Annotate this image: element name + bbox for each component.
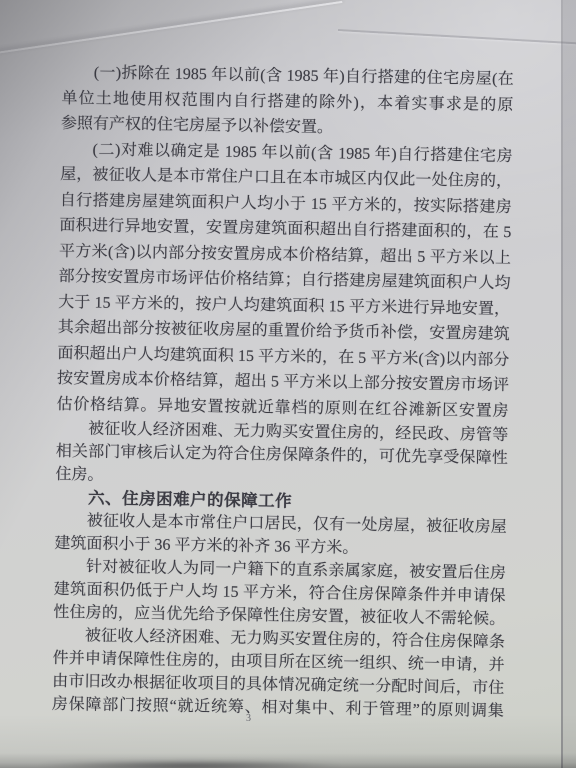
document-body: (一)拆除在 1985 年以前(含 1985 年)自行搭建的住宅房屋(在单位土地… bbox=[52, 60, 514, 723]
paragraph: 针对被征收人为同一户籍下的直系亲属家庭，被安置后住房建筑面积仍低于户人均 15 … bbox=[53, 555, 506, 631]
paper-edge-strip bbox=[563, 0, 576, 768]
paper-edge-line bbox=[561, 0, 563, 768]
paragraph: (一)拆除在 1985 年以前(含 1985 年)自行搭建的住宅房屋(在单位土地… bbox=[61, 60, 514, 144]
document-page: (一)拆除在 1985 年以前(含 1985 年)自行搭建的住宅房屋(在单位土地… bbox=[0, 0, 576, 768]
paper-crease-right bbox=[338, 29, 576, 44]
paragraph: 被征收人经济困难、无力购买安置住房的，经民政、房管等相关部门审核后认定为符合住房… bbox=[55, 417, 508, 493]
paragraph: (二)对难以确定是 1985 年以前(含 1985 年)自行搭建住宅房屋，被征收… bbox=[56, 136, 512, 424]
paragraph: 被征收人是本市常住户口居民，仅有一处房屋，被征收房屋建筑面积小于 36 平方米的… bbox=[54, 509, 507, 562]
photo-background: (一)拆除在 1985 年以前(含 1985 年)自行搭建的住宅房屋(在单位土地… bbox=[0, 0, 576, 768]
paper-crease-left bbox=[0, 1, 342, 54]
paragraph: 被征收人经济困难、无力购买安置住房的，符合住房保障条件并申请保障性住房的，由项目… bbox=[52, 624, 505, 723]
page-number: 3 bbox=[246, 713, 251, 724]
bottom-edge-shadow bbox=[35, 760, 345, 768]
